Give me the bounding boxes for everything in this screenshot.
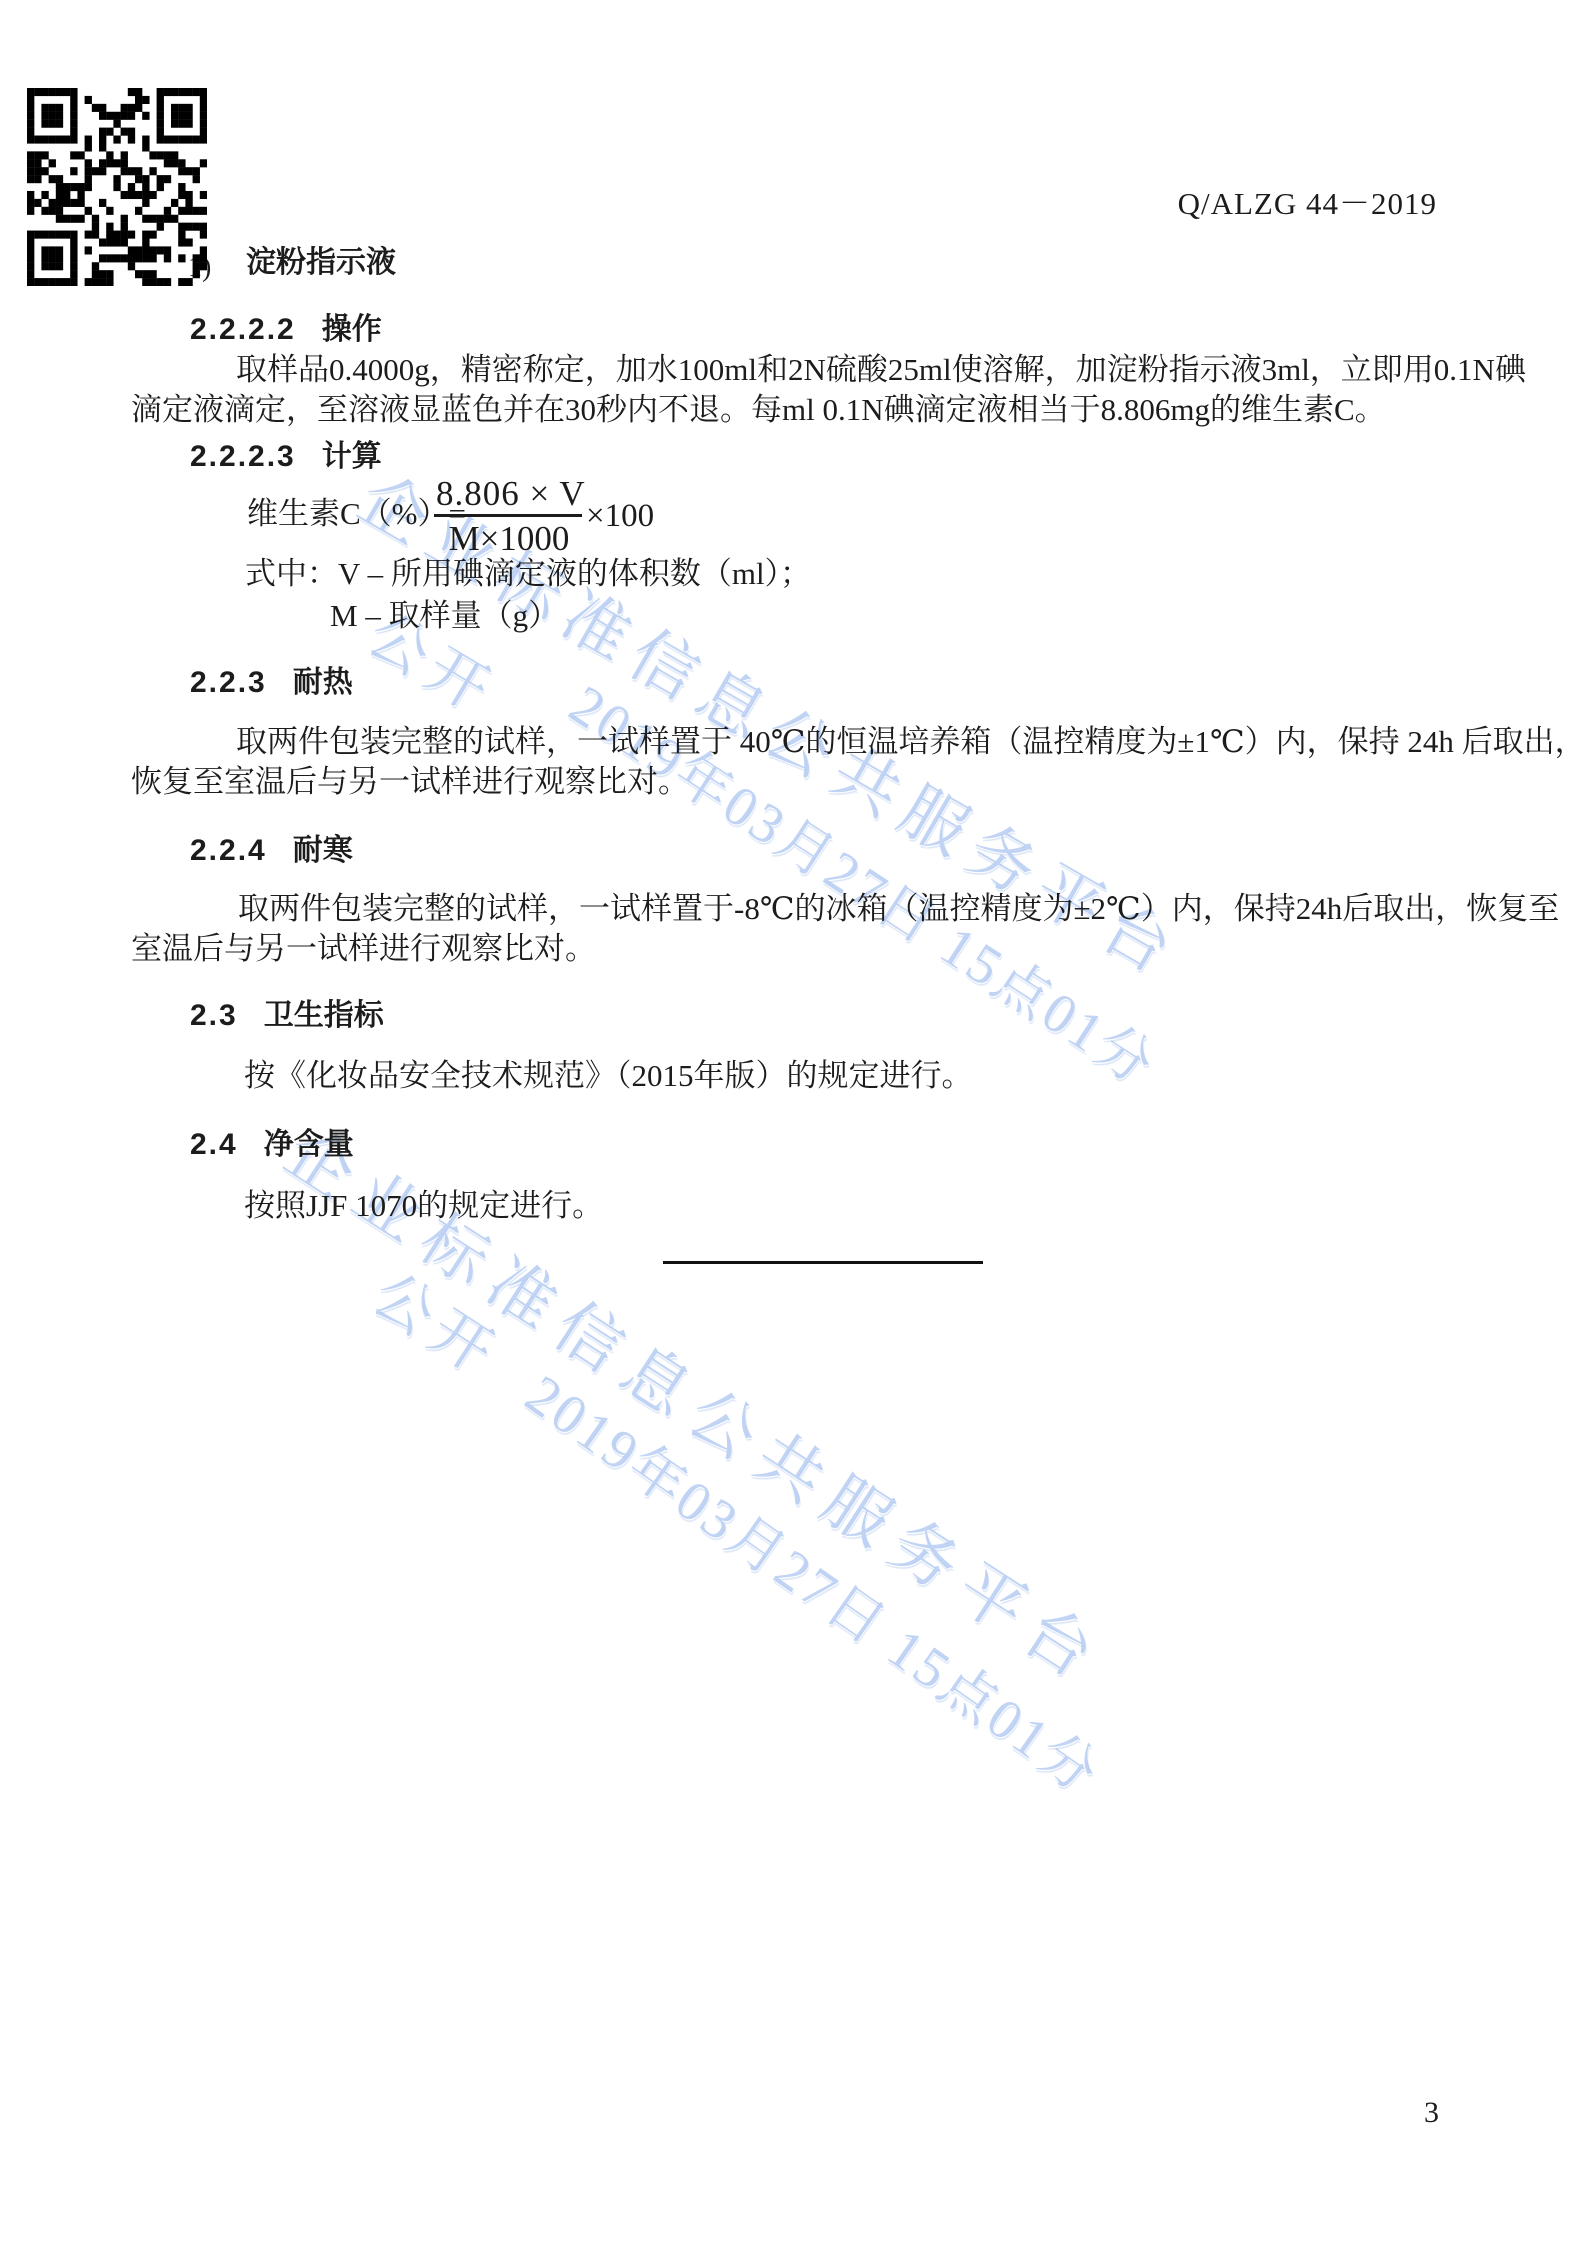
section-number: 2.2.3 [190,666,267,699]
section-title: 操作 [322,313,382,346]
paragraph-line: 恢复至室温后与另一试样进行观察比对。 [131,764,689,800]
section-heading-cold-resistance: 2.2.4耐寒 [190,834,353,869]
section-heading-heat-resistance: 2.2.3耐热 [190,666,353,701]
section-heading-net-content: 2.4净含量 [190,1128,354,1163]
formula-where-line: 式中：V – 所用碘滴定液的体积数（ml）； [245,556,811,592]
paragraph-line: 室温后与另一试样进行观察比对。 [131,931,596,967]
paragraph-line: 滴定液滴定，至溶液显蓝色并在30秒内不退。每ml 0.1N碘滴定液相当于8.80… [131,392,1386,428]
section-number: 2.3 [190,999,238,1032]
section-title: 卫生指标 [264,999,384,1032]
section-title: 耐热 [293,666,353,699]
page-number: 3 [1424,2096,1439,2131]
paragraph-line: 取两件包装完整的试样，一试样置于-8℃的冰箱（温控精度为±2℃）内，保持24h后… [238,891,1559,927]
paragraph-line: 按《化妆品安全技术规范》（2015年版）的规定进行。 [244,1058,973,1094]
document-code: Q/ALZG 44－2019 [1178,186,1437,222]
section-heading-calculation: 2.2.2.3计算 [190,440,382,475]
formula-denominator: M×1000 [436,519,582,559]
section-title: 计算 [322,440,382,473]
paragraph-line: 取两件包装完整的试样，一试样置于 40℃的恒温培养箱（温控精度为±1℃）内，保持… [236,724,1586,760]
document-page: 企业标准信息公共服务平台 公开 2019年03月27日 15点01分 企业标准信… [0,0,1588,2245]
formula-numerator: 8.806 × V [436,474,582,514]
section-number: 2.2.2.2 [190,313,296,346]
section-number: 2.2.4 [190,834,267,867]
section-number: 2.4 [190,1128,238,1161]
formula-fraction-bar [434,514,582,517]
qr-code-icon [27,88,207,286]
paragraph-line: 取样品0.4000g，精密称定，加水100ml和2N硫酸25ml使溶解，加淀粉指… [236,352,1526,388]
section-heading-hygiene: 2.3卫生指标 [190,999,384,1034]
section-title: 耐寒 [293,834,353,867]
paragraph-line: 按照JJF 1070的规定进行。 [244,1188,603,1224]
footnote-rule [663,1261,983,1264]
section-number: 2.2.2.3 [190,440,296,473]
formula-multiplier: ×100 [586,498,654,536]
section-heading-operation: 2.2.2.2操作 [190,313,382,348]
formula-where-line: M – 取样量（g） [330,598,559,634]
section-title: 净含量 [264,1128,354,1161]
list-item-label: 淀粉指示液 [246,246,396,281]
